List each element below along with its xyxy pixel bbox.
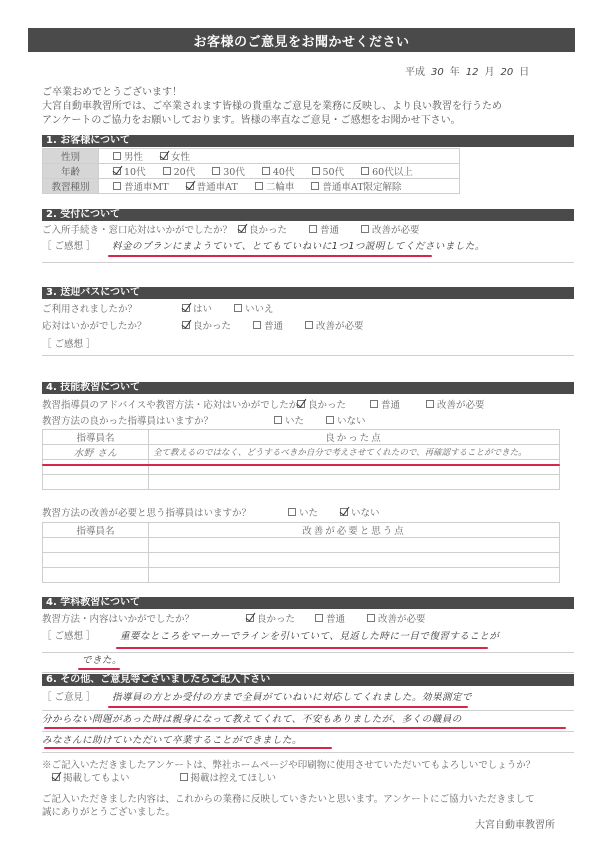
table-row bbox=[43, 475, 560, 490]
option-label: 改善が必要 bbox=[372, 222, 420, 236]
classroom-comment[interactable]: できた。 bbox=[82, 652, 122, 666]
option-label: 40代 bbox=[273, 164, 295, 178]
checkbox-checked-icon[interactable] bbox=[160, 152, 168, 160]
option-label: 20代 bbox=[174, 164, 196, 178]
checkbox-checked-icon[interactable] bbox=[113, 167, 121, 175]
closing-text: ご記入いただきました内容は、これからの業務に反映していきたいと思います。アンケー… bbox=[42, 793, 535, 819]
customer-info-table: 性別 男性 女性 年齢 10代 20代 30代 40代 50代 60代以上 教習… bbox=[42, 148, 460, 194]
checkbox-checked-icon[interactable] bbox=[297, 400, 305, 408]
red-underline bbox=[108, 255, 432, 257]
divider bbox=[42, 752, 574, 753]
checkbox-motorcycle[interactable]: 二輪車 bbox=[255, 179, 295, 193]
reception-comment[interactable]: 料金のプランにまようていて、とてもていねいに1つ1つ説明してくださいました。 bbox=[112, 238, 485, 252]
table-header-row: 指導員名 改善が必要と思う点 bbox=[43, 523, 560, 538]
table-row bbox=[43, 460, 560, 475]
reception-question-row: ご入所手続き・窓口応対はいかがでしたか？ 良かった 普通 改善が必要 bbox=[42, 222, 420, 236]
publish-question: ※ご記入いただきましたアンケートは、弊社ホームページや印刷物に使用させていただい… bbox=[42, 757, 535, 771]
checkbox-at[interactable]: 普通車AT bbox=[186, 179, 238, 193]
option-label: いいえ bbox=[245, 301, 274, 315]
checkbox-icon[interactable] bbox=[113, 152, 121, 160]
option-label: 良かった bbox=[257, 611, 295, 625]
checkbox-icon[interactable] bbox=[361, 167, 369, 175]
checkbox-icon[interactable] bbox=[426, 400, 434, 408]
intro-line: アンケートのご協力をお願いしております。皆様の率直なご意見・ご感想をお聞かせ下さ… bbox=[42, 114, 572, 128]
checkbox-checked-icon[interactable] bbox=[186, 182, 194, 190]
instructor-name-cell[interactable] bbox=[43, 553, 149, 568]
classroom-comment[interactable]: 重要なところをマーカーでラインを引いていて、見返した時に一目で復習することが bbox=[120, 628, 499, 642]
option-label: 60代以上 bbox=[372, 164, 413, 178]
checkbox-there-was-not[interactable]: いない bbox=[340, 505, 380, 519]
survey-title: お客様のご意見をお聞かせください bbox=[28, 28, 575, 52]
closing-line: ご記入いただきました内容は、これからの業務に反映していきたいと思います。アンケー… bbox=[42, 793, 535, 806]
question-text: 教習方法・内容はいかがでしたか？ bbox=[42, 611, 232, 625]
instructor-advice-row: 教習指導員のアドバイスや教習方法・応対はいかがでしたか？ 良かった 普通 改善が… bbox=[42, 397, 485, 411]
option-label: 男性 bbox=[124, 149, 143, 163]
checkbox-there-was[interactable]: いた bbox=[288, 505, 318, 519]
option-label: 普通 bbox=[264, 318, 283, 332]
checkbox-normal[interactable]: 普通 bbox=[309, 222, 339, 236]
table-row bbox=[43, 538, 560, 553]
checkbox-icon[interactable] bbox=[311, 182, 319, 190]
divider bbox=[42, 672, 574, 673]
checkbox-icon[interactable] bbox=[253, 321, 261, 329]
red-underline bbox=[116, 647, 488, 649]
question-text: ご利用されましたか？ bbox=[42, 301, 168, 315]
checkbox-needs-improvement[interactable]: 改善が必要 bbox=[367, 611, 426, 625]
instructor-name-cell[interactable] bbox=[43, 475, 149, 490]
checkbox-60s-plus[interactable]: 60代以上 bbox=[361, 164, 413, 178]
question-text: 応対はいかがでしたか？ bbox=[42, 318, 168, 332]
checkbox-checked-icon[interactable] bbox=[340, 508, 348, 516]
option-label: 普通 bbox=[326, 611, 345, 625]
option-label: はい bbox=[193, 301, 212, 315]
option-label: 改善が必要 bbox=[437, 397, 485, 411]
checkbox-normal[interactable]: 普通 bbox=[253, 318, 283, 332]
checkbox-there-was[interactable]: いた bbox=[274, 413, 304, 427]
checkbox-icon[interactable] bbox=[274, 416, 282, 424]
red-underline bbox=[44, 747, 332, 749]
row-label: 年齢 bbox=[43, 164, 99, 179]
checkbox-normal[interactable]: 普通 bbox=[370, 397, 400, 411]
other-comment-row: 分からない問題があった時は親身になって教えてくれて、不安もありましたが、多くの職… bbox=[42, 711, 462, 725]
instructor-name-cell[interactable] bbox=[43, 568, 149, 583]
option-label: いない bbox=[351, 505, 380, 519]
row-label: 性別 bbox=[43, 149, 99, 164]
option-label: 掲載してもよい bbox=[63, 770, 130, 784]
column-header-improvement-points: 改善が必要と思う点 bbox=[149, 523, 560, 538]
bus-comment-row: ［ ご感想 ］ bbox=[42, 336, 112, 350]
checkbox-good[interactable]: 良かった bbox=[297, 397, 346, 411]
classroom-comment-row: できた。 bbox=[82, 652, 122, 666]
date-day-unit: 日 bbox=[519, 67, 529, 78]
option-label: 30代 bbox=[223, 164, 245, 178]
date-month-unit: 月 bbox=[484, 67, 494, 78]
option-label: 普通 bbox=[320, 222, 339, 236]
checkbox-icon[interactable] bbox=[309, 225, 317, 233]
table-row bbox=[43, 568, 560, 583]
bus-service-row: 応対はいかがでしたか？ 良かった 普通 改善が必要 bbox=[42, 318, 364, 332]
section-header-other-comments: 6. その他、ご意見等ございましたらご記入下さい bbox=[42, 674, 574, 686]
improve-instructor-row: 教習方法の改善が必要と思う指導員はいますか？ いた いない bbox=[42, 505, 380, 519]
checkbox-icon[interactable] bbox=[163, 167, 171, 175]
checkbox-publish-decline[interactable]: 掲載は控えてほしい bbox=[180, 770, 277, 784]
gender-options: 男性 女性 bbox=[99, 149, 460, 164]
checkbox-female[interactable]: 女性 bbox=[160, 149, 190, 163]
section-header-shuttle-bus: 3. 送迎バスについて bbox=[42, 287, 574, 299]
improve-instructor-table: 指導員名 改善が必要と思う点 bbox=[42, 522, 560, 583]
date-day: 20 bbox=[500, 67, 513, 78]
date: 平成30年12月20日 bbox=[405, 63, 529, 78]
checkbox-icon[interactable] bbox=[212, 167, 220, 175]
section-header-classroom-lessons: 4. 学科教習について bbox=[42, 597, 574, 609]
option-label: 普通 bbox=[381, 397, 400, 411]
checkbox-icon[interactable] bbox=[255, 182, 263, 190]
checkbox-checked-icon[interactable] bbox=[52, 773, 60, 781]
section-header-reception: 2. 受付について bbox=[42, 209, 574, 221]
option-label: 普通車AT限定解除 bbox=[322, 179, 401, 193]
checkbox-there-was-not[interactable]: いない bbox=[326, 413, 366, 427]
classroom-comment-row: ［ ご感想 ］ 重要なところをマーカーでラインを引いていて、見返した時に一目で復… bbox=[42, 628, 499, 642]
date-month: 12 bbox=[466, 67, 479, 78]
question-text: 教習方法の良かった指導員はいますか？ bbox=[42, 413, 260, 427]
red-underline bbox=[108, 706, 468, 708]
checkbox-icon[interactable] bbox=[262, 167, 270, 175]
checkbox-checked-icon[interactable] bbox=[182, 304, 190, 312]
option-label: いた bbox=[299, 505, 318, 519]
instructor-name-cell[interactable]: 水野 さん bbox=[43, 445, 149, 460]
checkbox-mt[interactable]: 普通車MT bbox=[113, 179, 169, 193]
school-signature: 大宮自動車教習所 bbox=[475, 816, 555, 831]
table-row: 年齢 10代 20代 30代 40代 50代 60代以上 bbox=[43, 164, 460, 179]
other-comment[interactable]: みなさんに助けていただいて卒業することができました。 bbox=[42, 732, 302, 746]
comment-label: ［ ご意見 ］ bbox=[42, 689, 112, 703]
checkbox-checked-icon[interactable] bbox=[246, 614, 254, 622]
section-header-customer: 1. お客様について bbox=[42, 135, 574, 147]
intro-line: ご卒業おめでとうございます！ bbox=[42, 86, 572, 100]
improvement-cell[interactable] bbox=[149, 553, 560, 568]
good-instructor-table: 指導員名 良かった点 水野 さん 全て教えるのではなく、どうするべきか自分で考え… bbox=[42, 429, 560, 490]
checkbox-normal[interactable]: 普通 bbox=[315, 611, 345, 625]
option-label: 二輪車 bbox=[266, 179, 295, 193]
improvement-cell[interactable] bbox=[149, 538, 560, 553]
table-row: 教習種別 普通車MT 普通車AT 二輪車 普通車AT限定解除 bbox=[43, 179, 460, 194]
checkbox-icon[interactable] bbox=[367, 614, 375, 622]
good-points-cell[interactable] bbox=[149, 460, 560, 475]
checkbox-needs-improvement[interactable]: 改善が必要 bbox=[426, 397, 485, 411]
red-underline bbox=[78, 668, 120, 670]
good-points-cell[interactable]: 全て教えるのではなく、どうするべきか自分で考えさせてくれたので、再確認することが… bbox=[149, 445, 560, 460]
checkbox-needs-improvement[interactable]: 改善が必要 bbox=[361, 222, 420, 236]
table-row: 性別 男性 女性 bbox=[43, 149, 460, 164]
course-options: 普通車MT 普通車AT 二輪車 普通車AT限定解除 bbox=[99, 179, 460, 194]
checkbox-checked-icon[interactable] bbox=[238, 225, 246, 233]
checkbox-no[interactable]: いいえ bbox=[234, 301, 274, 315]
option-label: 女性 bbox=[171, 149, 190, 163]
checkbox-icon[interactable] bbox=[361, 225, 369, 233]
column-header-instructor: 指導員名 bbox=[43, 523, 149, 538]
checkbox-icon[interactable] bbox=[305, 321, 313, 329]
checkbox-checked-icon[interactable] bbox=[182, 321, 190, 329]
checkbox-good[interactable]: 良かった bbox=[182, 318, 231, 332]
checkbox-10s[interactable]: 10代 bbox=[113, 164, 146, 178]
instructor-name-cell[interactable] bbox=[43, 460, 149, 475]
checkbox-icon[interactable] bbox=[312, 167, 320, 175]
option-label: 掲載は控えてほしい bbox=[191, 770, 277, 784]
other-comment-row: ［ ご意見 ］ 指導員の方とか受付の方まで全員がていねいに対応してくれました。効… bbox=[42, 689, 472, 703]
option-label: 普通車AT bbox=[197, 179, 238, 193]
instructor-name-cell[interactable] bbox=[43, 538, 149, 553]
checkbox-30s[interactable]: 30代 bbox=[212, 164, 245, 178]
option-label: 50代 bbox=[323, 164, 345, 178]
other-comment[interactable]: 指導員の方とか受付の方まで全員がていねいに対応してくれました。効果測定で bbox=[112, 689, 472, 703]
option-label: 改善が必要 bbox=[378, 611, 426, 625]
checkbox-icon[interactable] bbox=[288, 508, 296, 516]
section-header-driving-lessons: 4. 技能教習について bbox=[42, 382, 574, 394]
improvement-cell[interactable] bbox=[149, 568, 560, 583]
comment-label: ［ ご感想 ］ bbox=[42, 336, 112, 350]
classroom-question-row: 教習方法・内容はいかがでしたか？ 良かった 普通 改善が必要 bbox=[42, 611, 426, 625]
good-points-cell[interactable] bbox=[149, 475, 560, 490]
good-instructor-row: 教習方法の良かった指導員はいますか？ いた いない bbox=[42, 413, 366, 427]
question-text: ご入所手続き・窓口応対はいかがでしたか？ bbox=[42, 222, 224, 236]
option-label: 良かった bbox=[308, 397, 346, 411]
checkbox-icon[interactable] bbox=[113, 182, 121, 190]
divider bbox=[42, 355, 574, 356]
row-label: 教習種別 bbox=[43, 179, 99, 194]
checkbox-50s[interactable]: 50代 bbox=[312, 164, 345, 178]
checkbox-needs-improvement[interactable]: 改善が必要 bbox=[305, 318, 364, 332]
checkbox-20s[interactable]: 20代 bbox=[163, 164, 196, 178]
intro-line: 大宮自動車教習所では、ご卒業されます皆様の貴重なご意見を業務に反映し、より良い教… bbox=[42, 100, 572, 114]
option-label: 良かった bbox=[193, 318, 231, 332]
option-label: 良かった bbox=[249, 222, 287, 236]
question-text: 教習指導員のアドバイスや教習方法・応対はいかがでしたか？ bbox=[42, 397, 295, 411]
comment-label: ［ ご感想 ］ bbox=[42, 628, 120, 642]
other-comment-row: みなさんに助けていただいて卒業することができました。 bbox=[42, 732, 302, 746]
option-label: 改善が必要 bbox=[316, 318, 364, 332]
checkbox-at-release[interactable]: 普通車AT限定解除 bbox=[311, 179, 401, 193]
checkbox-male[interactable]: 男性 bbox=[113, 149, 143, 163]
publish-options-row: 掲載してもよい 掲載は控えてほしい bbox=[52, 770, 276, 784]
question-text: 教習方法の改善が必要と思う指導員はいますか？ bbox=[42, 505, 274, 519]
date-year-unit: 年 bbox=[450, 67, 460, 78]
checkbox-icon[interactable] bbox=[370, 400, 378, 408]
option-label: いない bbox=[337, 413, 366, 427]
age-options: 10代 20代 30代 40代 50代 60代以上 bbox=[99, 164, 460, 179]
other-comment[interactable]: 分からない問題があった時は親身になって教えてくれて、不安もありましたが、多くの職… bbox=[42, 711, 462, 725]
checkbox-icon[interactable] bbox=[234, 304, 242, 312]
red-underline bbox=[44, 727, 566, 729]
table-header-row: 指導員名 良かった点 bbox=[43, 430, 560, 445]
checkbox-icon[interactable] bbox=[326, 416, 334, 424]
reception-comment-row: ［ ご感想 ］ 料金のプランにまようていて、とてもていねいに1つ1つ説明してくだ… bbox=[42, 238, 485, 252]
intro-text: ご卒業おめでとうございます！ 大宮自動車教習所では、ご卒業されます皆様の貴重なご… bbox=[42, 86, 572, 128]
bus-usage-row: ご利用されましたか？ はい いいえ bbox=[42, 301, 274, 315]
checkbox-publish-ok[interactable]: 掲載してもよい bbox=[52, 770, 130, 784]
option-label: 普通車MT bbox=[124, 179, 169, 193]
checkbox-good[interactable]: 良かった bbox=[238, 222, 287, 236]
comment-label: ［ ご感想 ］ bbox=[42, 238, 112, 252]
closing-line: 誠にありがとうございました。 bbox=[42, 806, 535, 819]
date-year: 30 bbox=[431, 67, 444, 78]
checkbox-40s[interactable]: 40代 bbox=[262, 164, 295, 178]
date-era: 平成 bbox=[405, 67, 425, 78]
column-header-good-points: 良かった点 bbox=[149, 430, 560, 445]
divider bbox=[42, 262, 574, 263]
checkbox-yes[interactable]: はい bbox=[182, 301, 212, 315]
table-row bbox=[43, 553, 560, 568]
checkbox-good[interactable]: 良かった bbox=[246, 611, 295, 625]
checkbox-icon[interactable] bbox=[180, 773, 188, 781]
option-label: いた bbox=[285, 413, 304, 427]
table-row: 水野 さん 全て教えるのではなく、どうするべきか自分で考えさせてくれたので、再確… bbox=[43, 445, 560, 460]
option-label: 10代 bbox=[124, 164, 146, 178]
red-underline bbox=[42, 464, 560, 466]
column-header-instructor: 指導員名 bbox=[43, 430, 149, 445]
checkbox-icon[interactable] bbox=[315, 614, 323, 622]
